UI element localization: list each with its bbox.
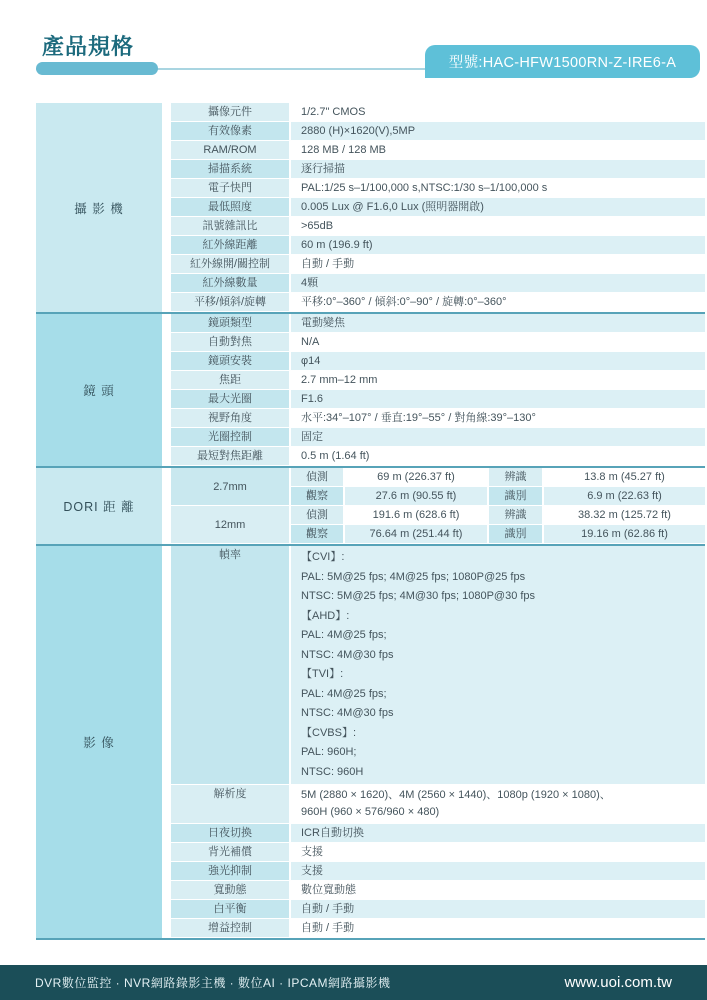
spec-row: 白平衡自動 / 手動 bbox=[171, 900, 705, 919]
spec-row: 有效像素2880 (H)×1620(V),5MP bbox=[171, 122, 705, 141]
model-badge: 型號:HAC-HFW1500RN-Z-IRE6-A bbox=[425, 45, 700, 78]
row-label: 電子快門 bbox=[171, 179, 291, 197]
row-label: 紅外線距離 bbox=[171, 236, 291, 254]
row-value: 1/2.7" CMOS bbox=[291, 103, 705, 121]
row-value: 60 m (196.9 ft) bbox=[291, 236, 705, 254]
row-value: 5M (2880 × 1620)、4M (2560 × 1440)、1080p … bbox=[291, 785, 705, 823]
spec-row: 焦距2.7 mm–12 mm bbox=[171, 371, 705, 390]
row-value-line: 【TVI】: bbox=[301, 665, 695, 685]
spec-row: RAM/ROM128 MB / 128 MB bbox=[171, 141, 705, 160]
dori-value: 76.64 m (251.44 ft) bbox=[345, 525, 489, 543]
row-value-line: PAL: 5M@25 fps; 4M@25 fps; 1080P@25 fps bbox=[301, 568, 695, 588]
section-rows: 2.7mm偵測69 m (226.37 ft)辨識13.8 m (45.27 f… bbox=[171, 468, 705, 544]
dori-sub-label: 辨識 bbox=[489, 506, 544, 524]
row-value: 水平:34°–107° / 垂直:19°–55° / 對角線:39°–130° bbox=[291, 409, 705, 427]
spec-row: 幀率【CVI】:PAL: 5M@25 fps; 4M@25 fps; 1080P… bbox=[171, 546, 705, 785]
spec-section: 影 像幀率【CVI】:PAL: 5M@25 fps; 4M@25 fps; 10… bbox=[36, 544, 705, 940]
spec-section: 攝 影 機攝像元件1/2.7" CMOS有效像素2880 (H)×1620(V)… bbox=[36, 103, 705, 312]
spec-row: 寬動態數位寬動態 bbox=[171, 881, 705, 900]
row-value-line: 5M (2880 × 1620)、4M (2560 × 1440)、1080p … bbox=[301, 787, 695, 804]
row-label: 有效像素 bbox=[171, 122, 291, 140]
dori-value: 27.6 m (90.55 ft) bbox=[345, 487, 489, 505]
row-value: 電動變焦 bbox=[291, 314, 705, 332]
dori-sub-label: 識別 bbox=[489, 487, 544, 505]
section-label: 影 像 bbox=[36, 546, 171, 938]
spec-row: 鏡頭類型電動變焦 bbox=[171, 314, 705, 333]
row-value: 固定 bbox=[291, 428, 705, 446]
row-label: 背光補償 bbox=[171, 843, 291, 861]
dori-value: 38.32 m (125.72 ft) bbox=[544, 506, 705, 524]
section-rows: 幀率【CVI】:PAL: 5M@25 fps; 4M@25 fps; 1080P… bbox=[171, 546, 705, 938]
row-value: 4顆 bbox=[291, 274, 705, 292]
row-value-line: NTSC: 4M@30 fps bbox=[301, 704, 695, 724]
spec-row: 最低照度0.005 Lux @ F1.6,0 Lux (照明器開啟) bbox=[171, 198, 705, 217]
dori-sub-label: 偵測 bbox=[291, 468, 345, 486]
dori-row: 觀察76.64 m (251.44 ft)識別19.16 m (62.86 ft… bbox=[291, 525, 705, 543]
row-label: 紅外線數量 bbox=[171, 274, 291, 292]
spec-row: 最短對焦距離0.5 m (1.64 ft) bbox=[171, 447, 705, 466]
spec-section: 鏡 頭鏡頭類型電動變焦自動對焦N/A鏡頭安裝φ14焦距2.7 mm–12 mm最… bbox=[36, 312, 705, 468]
row-value: 2880 (H)×1620(V),5MP bbox=[291, 122, 705, 140]
row-label: 日夜切換 bbox=[171, 824, 291, 842]
dori-value: 69 m (226.37 ft) bbox=[345, 468, 489, 486]
row-value: 平移:0°–360° / 傾斜:0°–90° / 旋轉:0°–360° bbox=[291, 293, 705, 311]
section-rows: 鏡頭類型電動變焦自動對焦N/A鏡頭安裝φ14焦距2.7 mm–12 mm最大光圈… bbox=[171, 314, 705, 466]
row-value: 128 MB / 128 MB bbox=[291, 141, 705, 159]
spec-row: 光圈控制固定 bbox=[171, 428, 705, 447]
spec-row: 增益控制自動 / 手動 bbox=[171, 919, 705, 938]
spec-row: 平移/傾斜/旋轉平移:0°–360° / 傾斜:0°–90° / 旋轉:0°–3… bbox=[171, 293, 705, 312]
row-value: 自動 / 手動 bbox=[291, 900, 705, 918]
row-label: 最短對焦距離 bbox=[171, 447, 291, 465]
dori-sub-label: 識別 bbox=[489, 525, 544, 543]
dori-value: 13.8 m (45.27 ft) bbox=[544, 468, 705, 486]
row-label: RAM/ROM bbox=[171, 141, 291, 159]
row-label: 最低照度 bbox=[171, 198, 291, 216]
spec-row: 日夜切換ICR自動切換 bbox=[171, 824, 705, 843]
row-label: 攝像元件 bbox=[171, 103, 291, 121]
row-value: 自動 / 手動 bbox=[291, 919, 705, 937]
row-label: 光圈控制 bbox=[171, 428, 291, 446]
row-value-line: NTSC: 4M@30 fps bbox=[301, 646, 695, 666]
spec-row: 視野角度水平:34°–107° / 垂直:19°–55° / 對角線:39°–1… bbox=[171, 409, 705, 428]
row-value-line: 【AHD】: bbox=[301, 607, 695, 627]
row-label: 訊號雜訊比 bbox=[171, 217, 291, 235]
row-value: 支援 bbox=[291, 843, 705, 861]
spec-row: 電子快門PAL:1/25 s–1/100,000 s,NTSC:1/30 s–1… bbox=[171, 179, 705, 198]
header: 產品規格 型號:HAC-HFW1500RN-Z-IRE6-A bbox=[0, 0, 707, 103]
dori-value: 19.16 m (62.86 ft) bbox=[544, 525, 705, 543]
row-label: 鏡頭安裝 bbox=[171, 352, 291, 370]
row-label: 紅外線開/關控制 bbox=[171, 255, 291, 273]
row-value-line: NTSC: 960H bbox=[301, 763, 695, 783]
row-value-line: 960H (960 × 576/960 × 480) bbox=[301, 804, 695, 821]
row-value: 逐行掃描 bbox=[291, 160, 705, 178]
footer-bar: DVR數位監控 · NVR網路錄影主機 · 數位AI · IPCAM網路攝影機 … bbox=[0, 965, 707, 1000]
dori-rows: 偵測69 m (226.37 ft)辨識13.8 m (45.27 ft)觀察2… bbox=[291, 468, 705, 505]
row-value-line: NTSC: 5M@25 fps; 4M@30 fps; 1080P@30 fps bbox=[301, 587, 695, 607]
spec-row: 最大光圈F1.6 bbox=[171, 390, 705, 409]
spec-row: 掃描系統逐行掃描 bbox=[171, 160, 705, 179]
section-label: DORI 距 離 bbox=[36, 468, 171, 544]
spec-row: 解析度5M (2880 × 1620)、4M (2560 × 1440)、108… bbox=[171, 785, 705, 824]
dori-value: 6.9 m (22.63 ft) bbox=[544, 487, 705, 505]
row-label: 幀率 bbox=[171, 546, 291, 784]
dori-sub-label: 觀察 bbox=[291, 487, 345, 505]
row-label: 增益控制 bbox=[171, 919, 291, 937]
spec-row: 自動對焦N/A bbox=[171, 333, 705, 352]
dori-row: 偵測191.6 m (628.6 ft)辨識38.32 m (125.72 ft… bbox=[291, 506, 705, 525]
row-label: 焦距 bbox=[171, 371, 291, 389]
section-rows: 攝像元件1/2.7" CMOS有效像素2880 (H)×1620(V),5MPR… bbox=[171, 103, 705, 312]
spec-row: 紅外線開/關控制自動 / 手動 bbox=[171, 255, 705, 274]
dori-lens-label: 12mm bbox=[171, 506, 291, 543]
spec-row: 鏡頭安裝φ14 bbox=[171, 352, 705, 371]
dori-sub-label: 觀察 bbox=[291, 525, 345, 543]
spec-row: 背光補償支援 bbox=[171, 843, 705, 862]
row-label: 視野角度 bbox=[171, 409, 291, 427]
row-label: 平移/傾斜/旋轉 bbox=[171, 293, 291, 311]
row-value: N/A bbox=[291, 333, 705, 351]
row-label: 掃描系統 bbox=[171, 160, 291, 178]
dori-lens-label: 2.7mm bbox=[171, 468, 291, 505]
dori-row: 觀察27.6 m (90.55 ft)識別6.9 m (22.63 ft) bbox=[291, 487, 705, 505]
dori-value: 191.6 m (628.6 ft) bbox=[345, 506, 489, 524]
spec-row: 強光抑制支援 bbox=[171, 862, 705, 881]
spec-row: 紅外線距離60 m (196.9 ft) bbox=[171, 236, 705, 255]
row-label: 自動對焦 bbox=[171, 333, 291, 351]
row-value-line: PAL: 4M@25 fps; bbox=[301, 685, 695, 705]
row-value-line: PAL: 960H; bbox=[301, 743, 695, 763]
row-value: 支援 bbox=[291, 862, 705, 880]
page-title: 產品規格 bbox=[42, 30, 134, 61]
section-label: 鏡 頭 bbox=[36, 314, 171, 466]
row-label: 鏡頭類型 bbox=[171, 314, 291, 332]
row-value: F1.6 bbox=[291, 390, 705, 408]
row-value: 【CVI】:PAL: 5M@25 fps; 4M@25 fps; 1080P@2… bbox=[291, 546, 705, 784]
row-label: 白平衡 bbox=[171, 900, 291, 918]
row-value: φ14 bbox=[291, 352, 705, 370]
dori-sub-label: 辨識 bbox=[489, 468, 544, 486]
row-label: 寬動態 bbox=[171, 881, 291, 899]
row-value-line: 【CVBS】: bbox=[301, 724, 695, 744]
spec-row: 紅外線數量4顆 bbox=[171, 274, 705, 293]
dori-group: 12mm偵測191.6 m (628.6 ft)辨識38.32 m (125.7… bbox=[171, 506, 705, 544]
row-label: 解析度 bbox=[171, 785, 291, 823]
row-value: PAL:1/25 s–1/100,000 s,NTSC:1/30 s–1/100… bbox=[291, 179, 705, 197]
title-underline-pill bbox=[36, 62, 158, 75]
spec-row: 攝像元件1/2.7" CMOS bbox=[171, 103, 705, 122]
row-label: 最大光圈 bbox=[171, 390, 291, 408]
row-value: 數位寬動態 bbox=[291, 881, 705, 899]
dori-rows: 偵測191.6 m (628.6 ft)辨識38.32 m (125.72 ft… bbox=[291, 506, 705, 543]
row-value-line: 【CVI】: bbox=[301, 548, 695, 568]
row-value: ICR自動切換 bbox=[291, 824, 705, 842]
dori-group: 2.7mm偵測69 m (226.37 ft)辨識13.8 m (45.27 f… bbox=[171, 468, 705, 506]
row-value: 0.5 m (1.64 ft) bbox=[291, 447, 705, 465]
dori-sub-label: 偵測 bbox=[291, 506, 345, 524]
footer-website[interactable]: www.uoi.com.tw bbox=[564, 974, 672, 991]
dori-row: 偵測69 m (226.37 ft)辨識13.8 m (45.27 ft) bbox=[291, 468, 705, 487]
spec-row: 訊號雜訊比>65dB bbox=[171, 217, 705, 236]
spec-table: 攝 影 機攝像元件1/2.7" CMOS有效像素2880 (H)×1620(V)… bbox=[36, 103, 705, 940]
row-value: 0.005 Lux @ F1.6,0 Lux (照明器開啟) bbox=[291, 198, 705, 216]
row-value: 自動 / 手動 bbox=[291, 255, 705, 273]
row-label: 強光抑制 bbox=[171, 862, 291, 880]
row-value-line: PAL: 4M@25 fps; bbox=[301, 626, 695, 646]
spec-section: DORI 距 離2.7mm偵測69 m (226.37 ft)辨識13.8 m … bbox=[36, 468, 705, 544]
row-value: 2.7 mm–12 mm bbox=[291, 371, 705, 389]
section-label: 攝 影 機 bbox=[36, 103, 171, 312]
footer-products: DVR數位監控 · NVR網路錄影主機 · 數位AI · IPCAM網路攝影機 bbox=[35, 974, 391, 991]
row-value: >65dB bbox=[291, 217, 705, 235]
